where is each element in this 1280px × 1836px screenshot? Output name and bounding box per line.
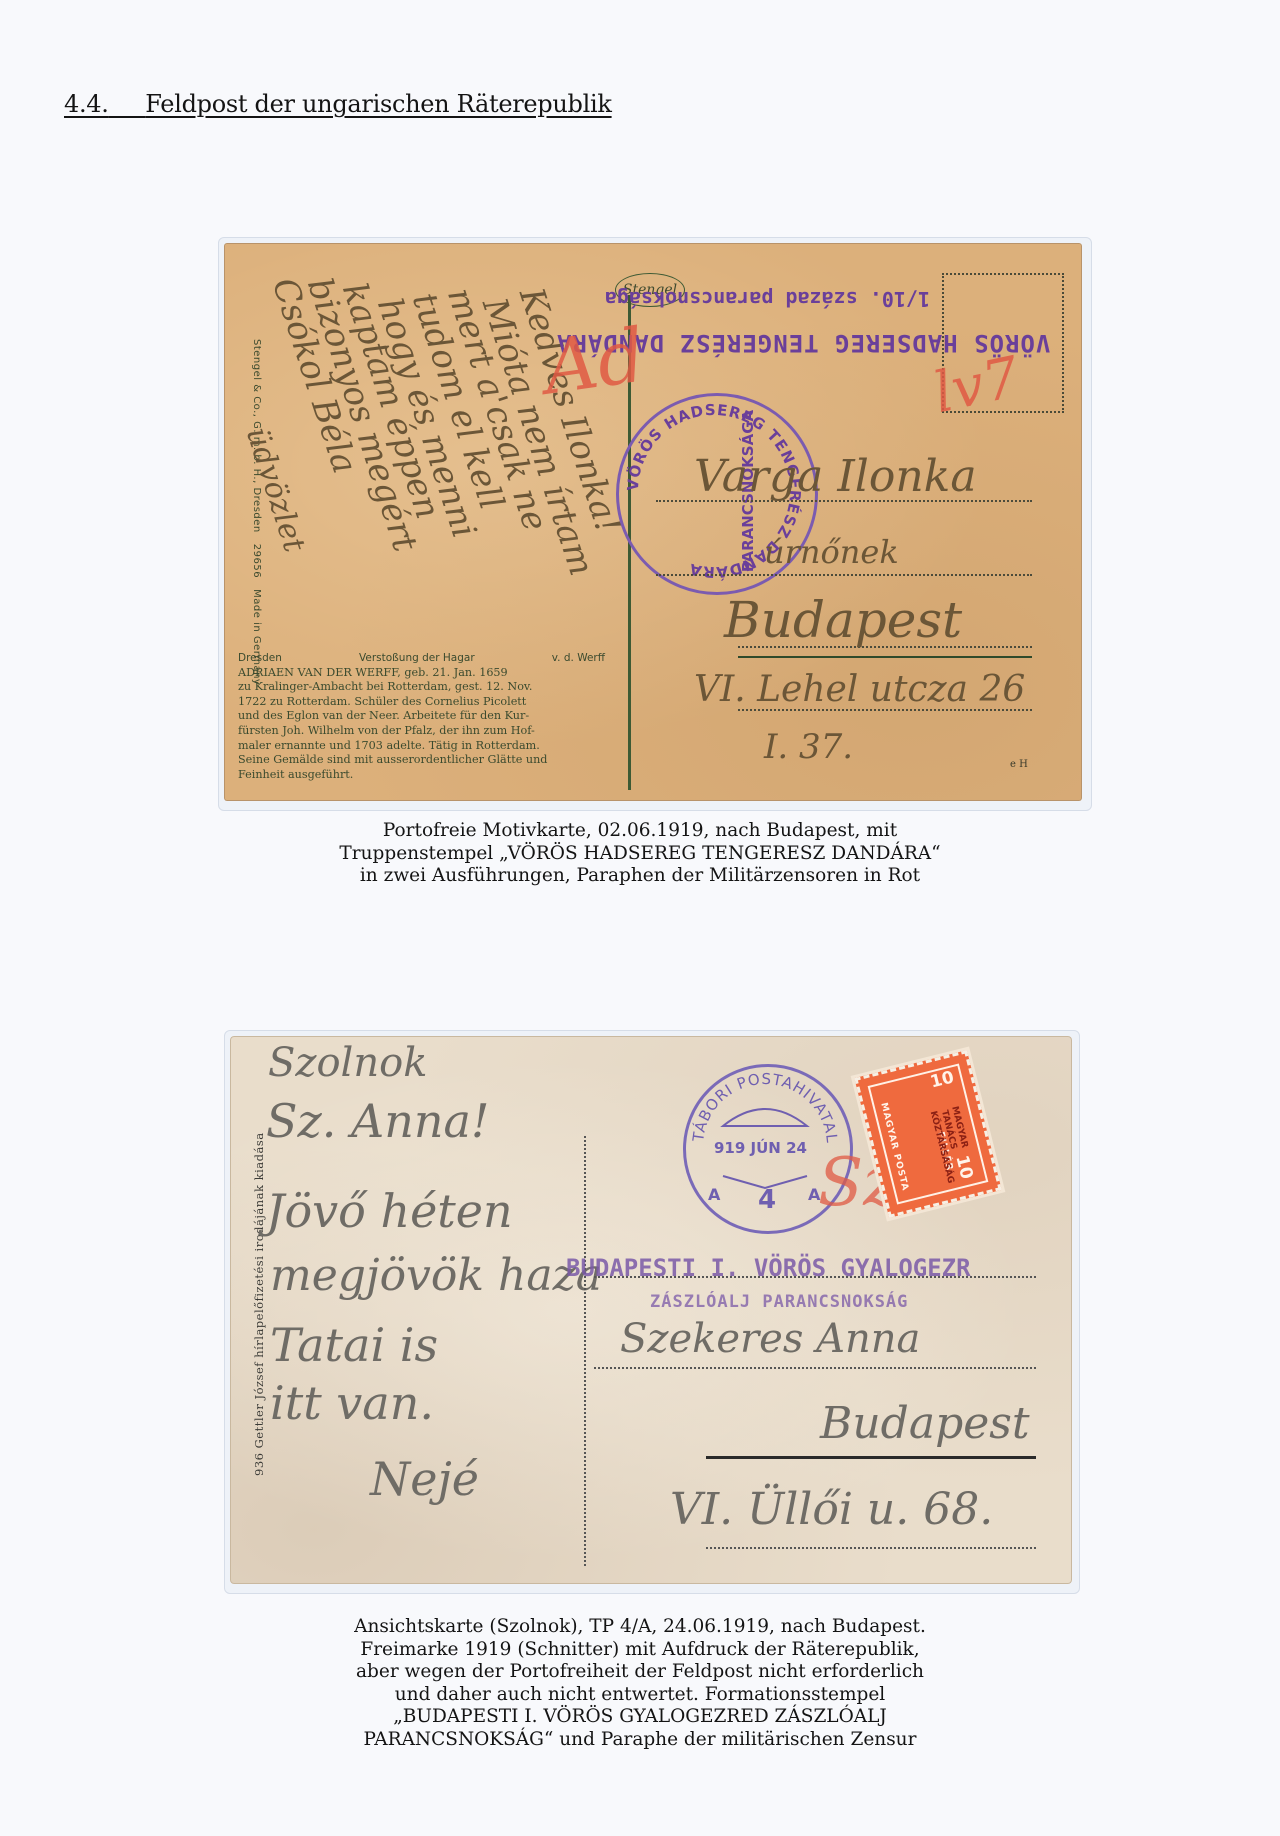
card1-line-stamp-2: 1/10. század parancsnoksága [610,287,930,311]
caption-line: in zwei Ausführungen, Paraphen der Milit… [0,865,1280,888]
address-street: VI. Üllői u. 68. [670,1484,993,1535]
caption-line: zu Kralinger-Ambacht bei Rotterdam, gest… [238,680,605,695]
card2-publisher-imprint: 936 Gettler József hírlapelőfizetési iro… [252,1132,266,1476]
postmark-letter-a: A [708,1185,720,1204]
caption-line: „BUDAPESTI I. VÖRÖS GYALOGEZRED ZÁSZLÓAL… [0,1706,1280,1729]
caption-line: aber wegen der Portofreiheit der Feldpos… [0,1661,1280,1684]
caption-card-1: Portofreie Motivkarte, 02.06.1919, nach … [0,820,1280,888]
address-line-1 [594,1276,1036,1278]
card1-message: Kedves Ilonka! Mióta nem írtam mert a'cs… [264,253,624,673]
caption-line: PARANCSNOKSÁG“ und Paraphe der militäris… [0,1729,1280,1752]
caption-line: Seine Gemälde sind mit ausserordentliche… [238,753,605,768]
page-heading: 4.4. Feldpost der ungarischen Räterepubl… [64,90,612,118]
caption-header: Dresden Verstoßung der Hagar v. d. Werff [238,651,605,666]
censor-mark-red-1: Ad [539,312,651,411]
svg-text:TÁBORI POSTAHIVATAL: TÁBORI POSTAHIVATAL [689,1070,841,1144]
message-line: megjövök haza [270,1250,602,1301]
caption-line: und des Eglon van der Neer. Arbeitete fü… [238,709,605,724]
caption-line: Ansichtskarte (Szolnok), TP 4/A, 24.06.1… [0,1616,1280,1639]
postmark-date: 919 JÚN 24 [714,1139,807,1157]
address-line-4 [706,1547,1036,1549]
message-line: itt van. [270,1376,434,1430]
address-street: VI. Lehel utcza 26 [694,669,1025,710]
message-line: Nejé [370,1452,479,1506]
heading-title: Feldpost der ungarischen Räterepublik [145,90,611,118]
caption-line: 1722 zu Rotterdam. Schüler des Cornelius… [238,695,605,710]
address-line-2 [594,1367,1036,1369]
postmark-top-text: TÁBORI POSTAHIVATAL [689,1070,841,1144]
formation-stamp-line-2: ZÁSZLÓALJ PARANCSNOKSÁG [650,1292,908,1312]
message-line: Tatai is [270,1318,438,1372]
caption-line: maler ernannte und 1703 adelte. Tätig in… [238,739,605,754]
address-city: Budapest [724,591,962,649]
address-floor: I. 37. [764,727,853,767]
address-line-2 [656,574,1032,576]
card2-divider [584,1136,586,1566]
message-line: üdvözlet [239,423,312,556]
caption-line: fürsten Joh. Wilhelm von der Pfalz, der … [238,724,605,739]
caption-line: Feinheit ausgeführt. [238,768,605,783]
caption-line: ADRIAEN VAN DER WERFF, geb. 21. Jan. 165… [238,666,605,681]
address-city: Budapest [820,1398,1030,1449]
address-name: Szekeres Anna [620,1316,920,1362]
address-line-3 [706,1456,1036,1459]
card1-publisher-imprint: Stengel & Co., G. m. b. H., Dresden 2965… [251,339,262,685]
heading-number: 4.4. [64,90,109,118]
address-line-3-solid [738,656,1032,658]
address-name: Varga Ilonka [694,451,977,502]
message-line: Sz. Anna! [266,1094,489,1148]
caption-line: und daher auch nicht entwertet. Formatio… [0,1684,1280,1707]
postmark-office: 4 [758,1185,776,1215]
caption-card-2: Ansichtskarte (Szolnok), TP 4/A, 24.06.1… [0,1616,1280,1751]
address-title: úrnőnek [764,533,899,571]
message-line: Szolnok [268,1040,427,1086]
message-line: Jövő héten [266,1184,513,1238]
postcard-1[interactable]: Stengel & Co., G. m. b. H., Dresden 2965… [224,243,1082,801]
caption-line: Truppenstempel „VÖRÖS HADSEREG TENGERESZ… [0,843,1280,866]
card1-corner-code: e H [1010,759,1028,770]
caption-line: Portofreie Motivkarte, 02.06.1919, nach … [0,820,1280,843]
card1-painting-caption: Dresden Verstoßung der Hagar v. d. Werff… [238,651,605,782]
caption-line: Freimarke 1919 (Schnitter) mit Aufdruck … [0,1639,1280,1662]
